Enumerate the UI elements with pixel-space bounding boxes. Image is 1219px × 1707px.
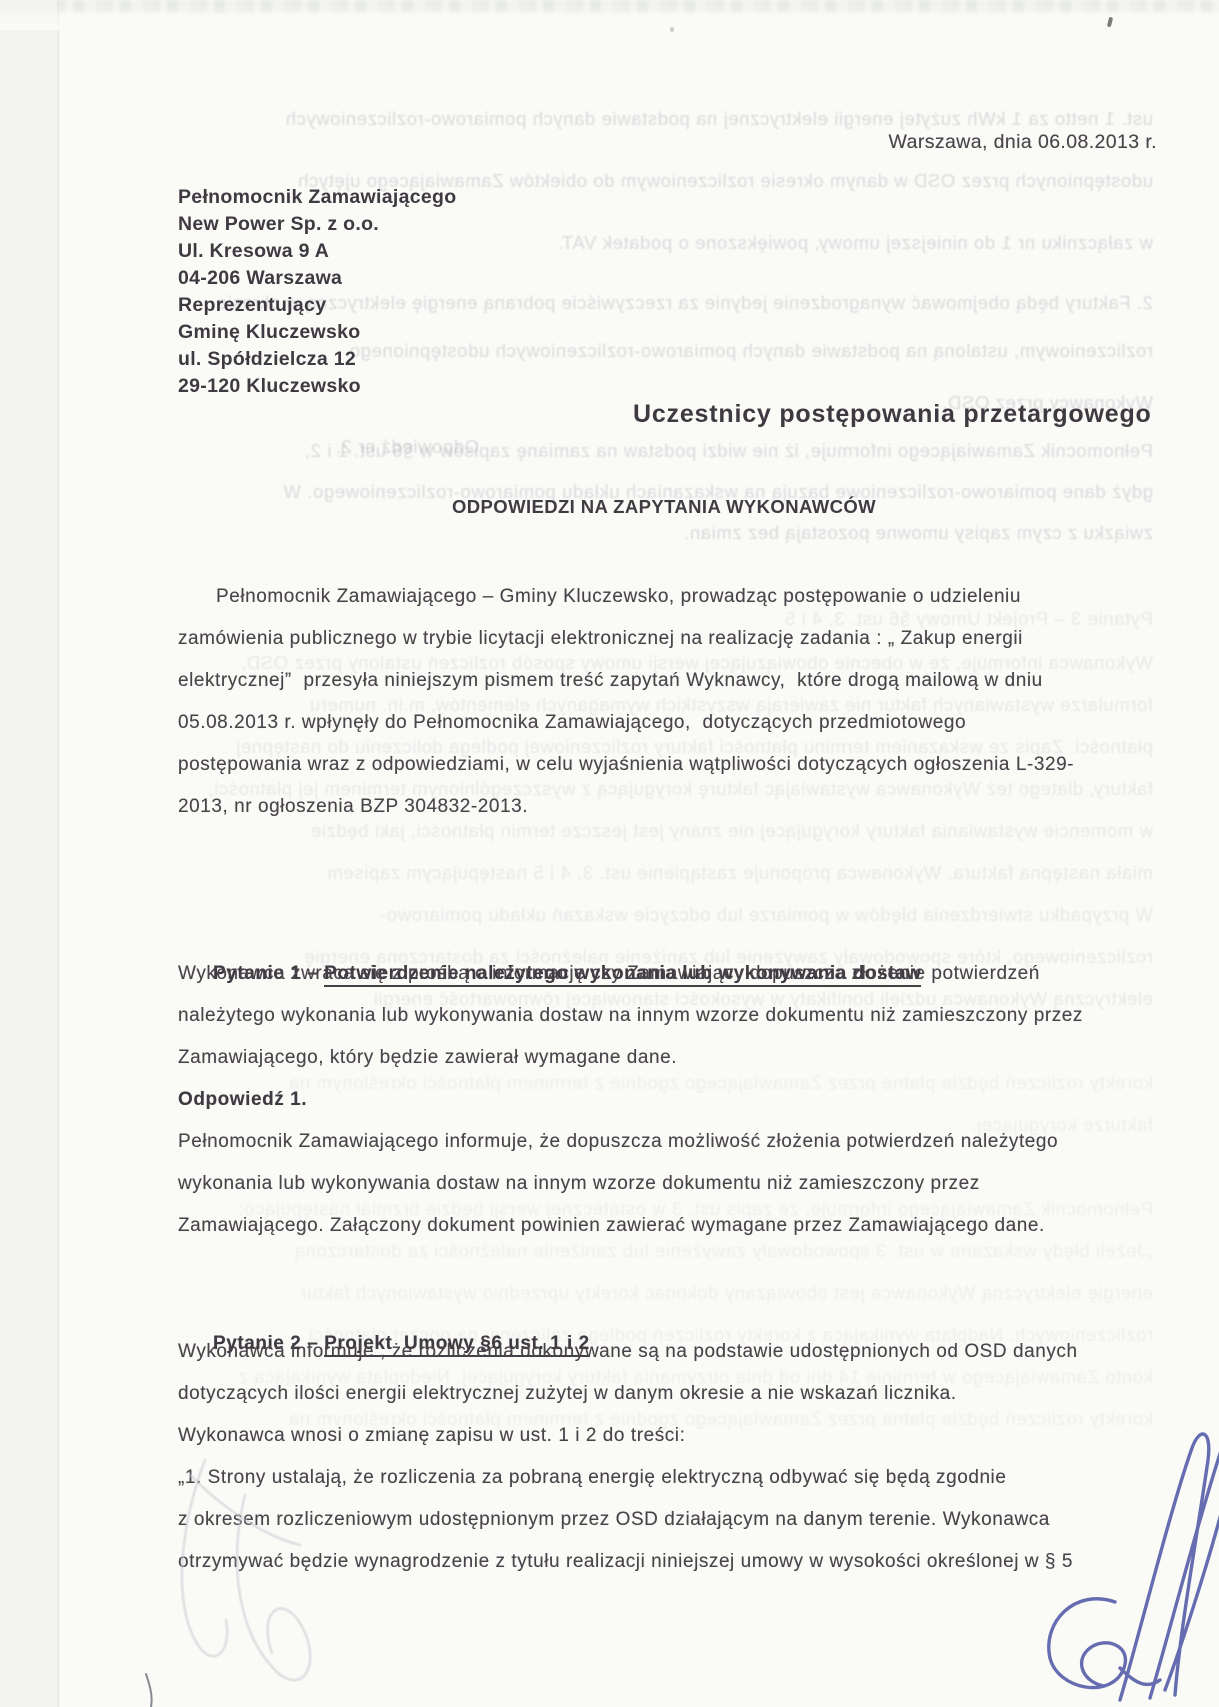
sender-line: ul. Spółdzielcza 12: [178, 346, 456, 373]
intro-paragraph: Pełnomocnik Zamawiającego – Gminy Klucze…: [178, 576, 1175, 828]
question-1-heading: Pytanie 1 – Potwierdzenie należytego wyk…: [178, 911, 1175, 953]
question-2-heading: Pytanie 2 – Projekt Umowy §6 ust. 1 i 2: [178, 1281, 1175, 1323]
scan-speck: [670, 27, 674, 32]
scan-top-fade: [0, 4, 1219, 30]
signature-ink: [1020, 1390, 1219, 1707]
sender-line: 29-120 Kluczewsko: [178, 373, 456, 400]
scanned-document-page: ust. 1 netto za 1 kWh zużytej energii el…: [0, 0, 1219, 1707]
sender-address-block: Pełnomocnik Zamawiającego New Power Sp. …: [178, 184, 456, 400]
sender-line: Reprezentujący: [178, 292, 456, 319]
question-1-body: Wykonawca zwraca się z prośbą o informac…: [178, 953, 1175, 1079]
intro-line: Pełnomocnik Zamawiającego – Gminy Klucze…: [178, 576, 1175, 618]
sender-line: New Power Sp. z o.o.: [178, 211, 456, 238]
answer-1-line: wykonania lub wykonywania dostaw na inny…: [178, 1163, 1175, 1205]
pencil-scribble: [150, 1415, 390, 1705]
answer-1-line: Zamawiającego. Załączony dokument powini…: [178, 1205, 1175, 1247]
answer-1-heading: Odpowiedź 1.: [178, 1079, 1175, 1121]
question-1-line: Zamawiającego, który będzie zawierał wym…: [178, 1037, 1175, 1079]
answer-1-label: Odpowiedź 1.: [178, 1079, 1175, 1121]
bleedthrough-line: miała następna faktura. Wykonawca propon…: [150, 862, 1153, 884]
document-title: ODPOWIEDZI NA ZAPYTANIA WYKONAWCÓW: [452, 496, 876, 518]
question-2-line: Wykonawca informuje , że rozliczenia dok…: [178, 1331, 1175, 1373]
date-line: Warszawa, dnia 06.08.2013 r.: [889, 131, 1157, 154]
recipients-heading: Uczestnicy postępowania przetargowego: [633, 400, 1152, 429]
sender-line: Pełnomocnik Zamawiającego: [178, 184, 456, 211]
bleedthrough-line: ust. 1 netto za 1 kWh zużytej energii el…: [150, 108, 1153, 130]
answer-1-body: Pełnomocnik Zamawiającego informuje, że …: [178, 1121, 1175, 1247]
page-corner-mark: [138, 1672, 158, 1707]
sender-line: Ul. Kresowa 9 A: [178, 238, 456, 265]
sender-line: Gminę Kluczewsko: [178, 319, 456, 346]
intro-line: elektrycznej” przesyła niniejszym pismem…: [178, 660, 1175, 702]
intro-line: 2013, nr ogłoszenia BZP 304832-2013.: [178, 786, 1175, 828]
sender-line: 04-206 Warszawa: [178, 265, 456, 292]
bleedthrough-line: związku z czym zapisy umowne pozostają b…: [150, 522, 1153, 544]
bleedthrough-line: Odpowiedź nr 2.: [150, 436, 479, 458]
intro-line: postępowania wraz z odpowiedziami, w cel…: [178, 744, 1175, 786]
question-1-line: należytego wykonania lub wykonywania dos…: [178, 995, 1175, 1037]
intro-line: zamówienia publicznego w trybie licytacj…: [178, 618, 1175, 660]
intro-line: 05.08.2013 r. wpłynęły do Pełnomocnika Z…: [178, 702, 1175, 744]
answer-1-line: Pełnomocnik Zamawiającego informuje, że …: [178, 1121, 1175, 1163]
question-1-line: Wykonawca zwraca się z prośbą o informac…: [178, 953, 1175, 995]
bleedthrough-line: Pełnomocnik Zamawiającego informuje, iż …: [150, 440, 1153, 462]
